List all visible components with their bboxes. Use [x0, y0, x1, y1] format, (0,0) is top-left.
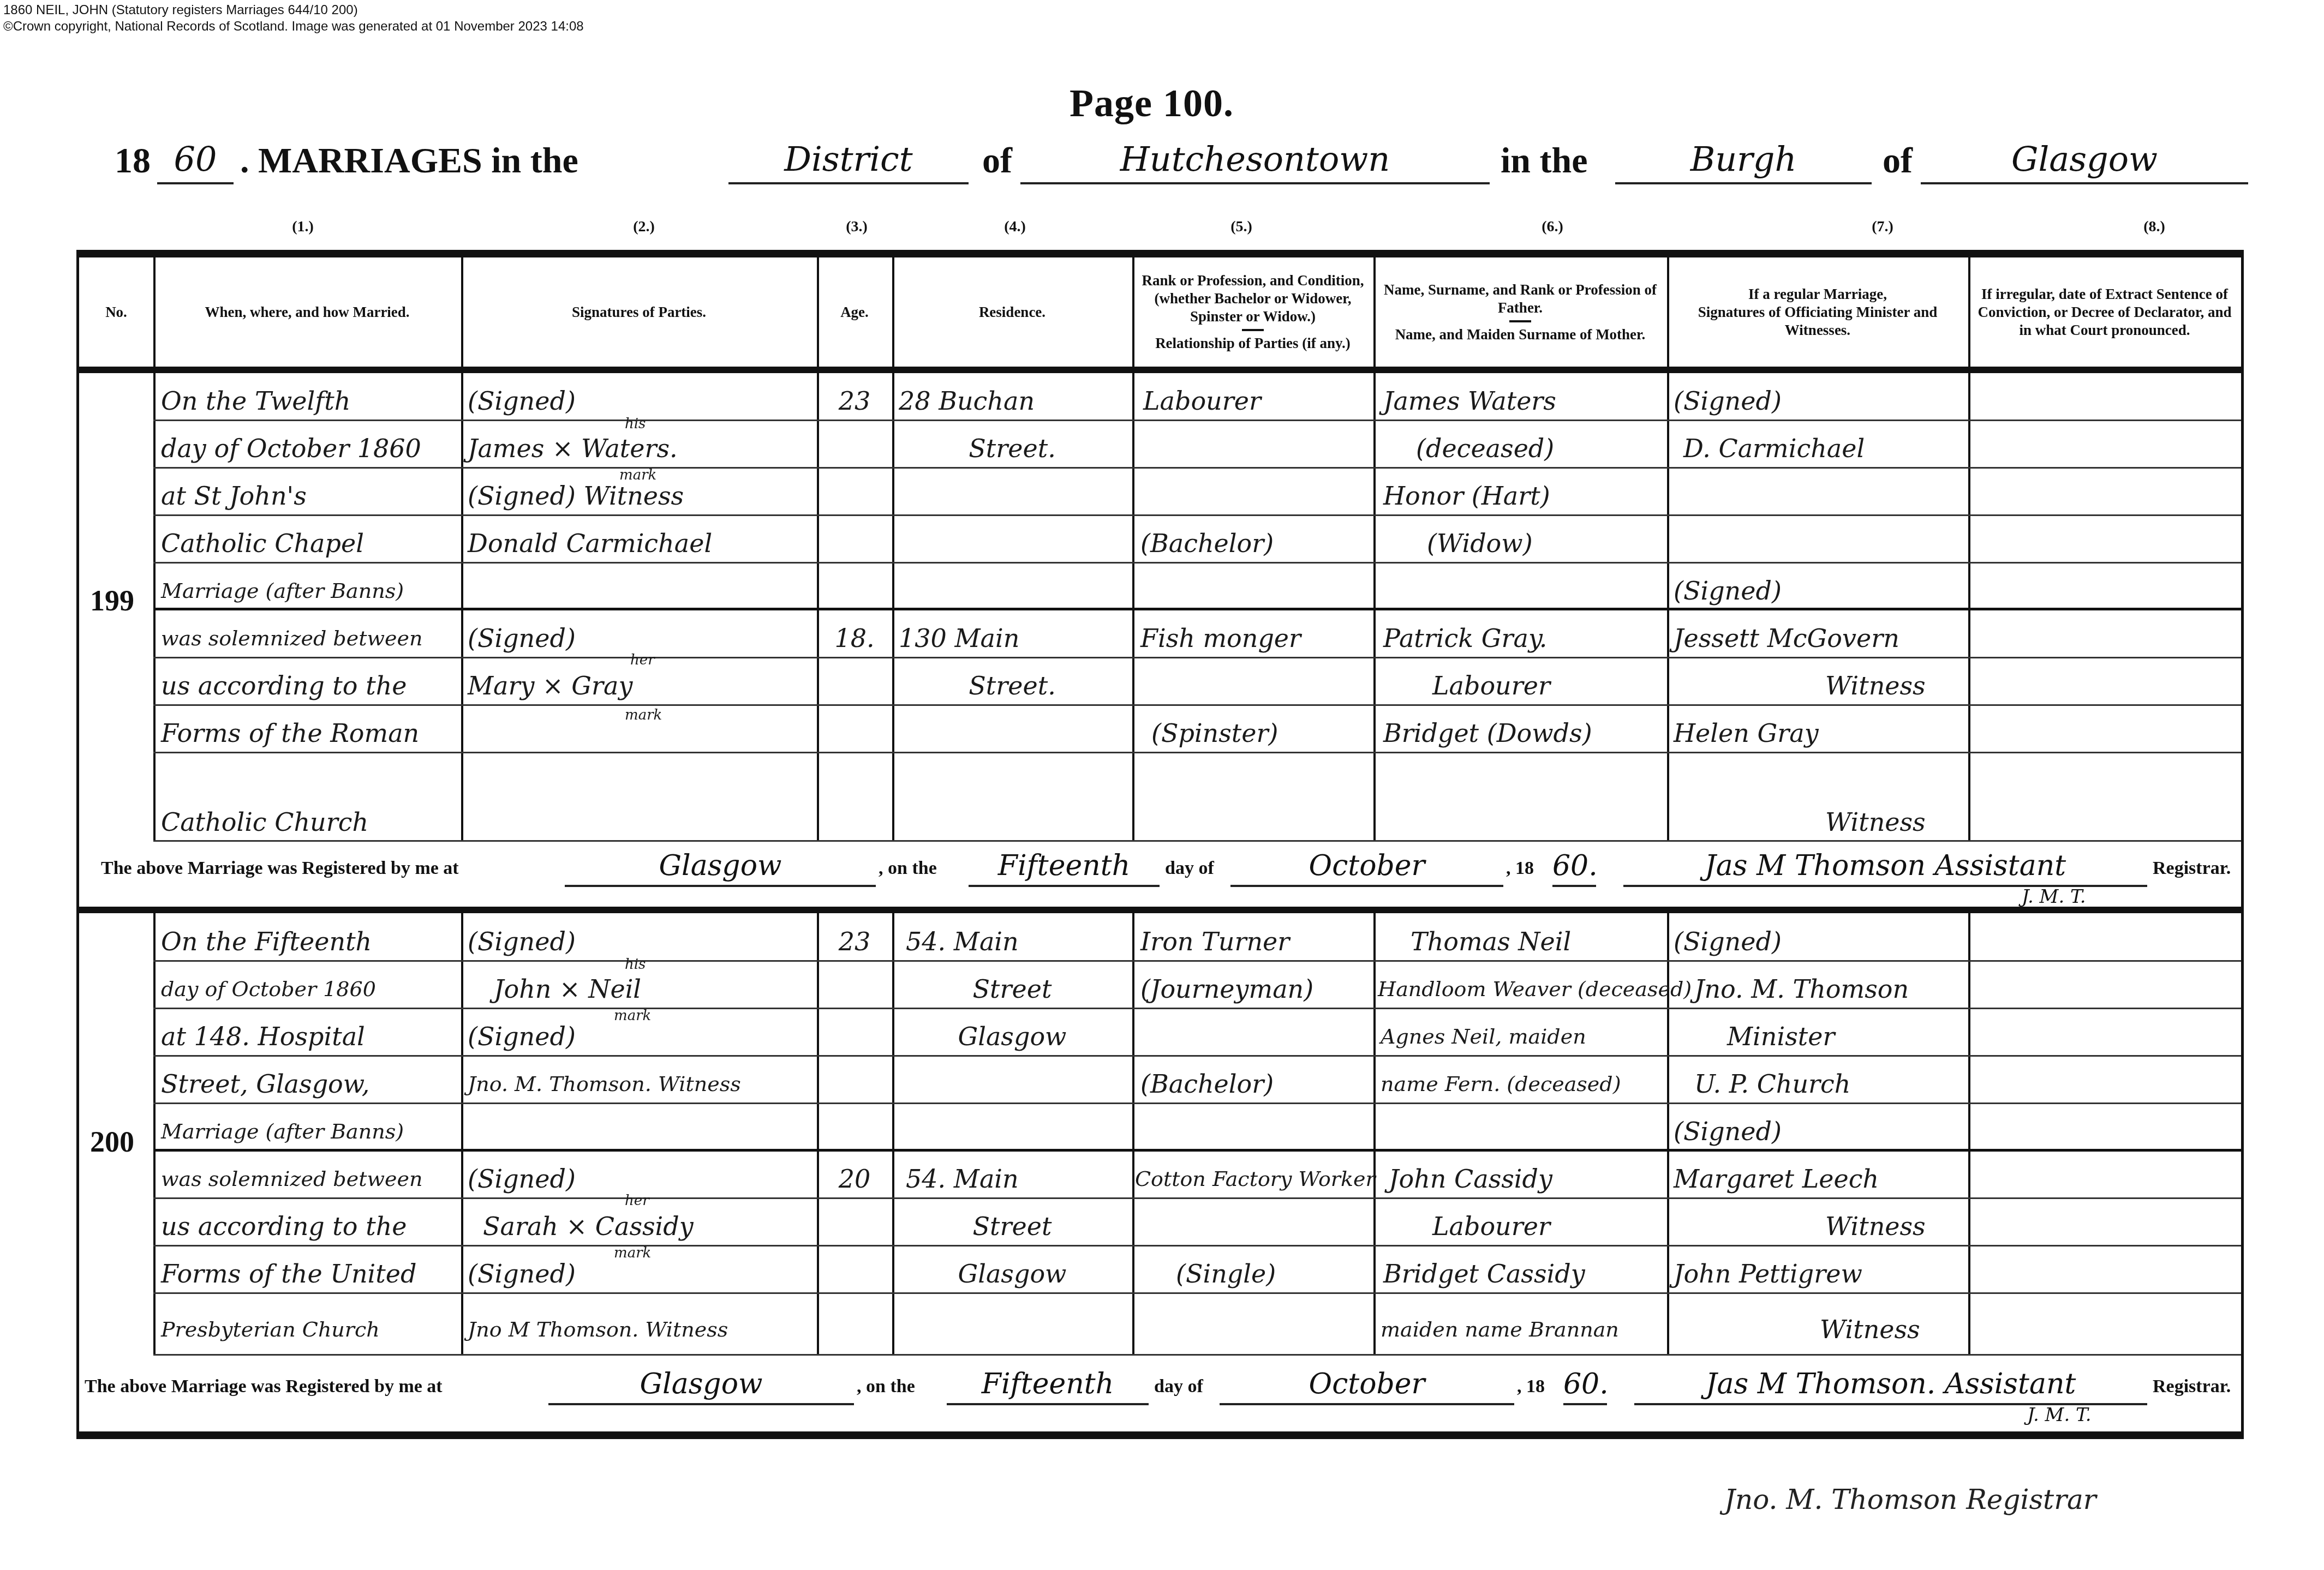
day-of-label: day of: [1154, 1365, 1203, 1409]
entry-number: 200: [90, 1125, 134, 1159]
header-rank-condition-top: Rank or Profession, and Condition, (whet…: [1137, 272, 1369, 326]
bride-rank: Fish monger: [1140, 619, 1301, 657]
header-age: Age.: [817, 257, 892, 367]
column-number-8: (8.): [2143, 218, 2165, 236]
row-rule: [153, 467, 2241, 469]
bride-signature: Sarah × Cassidy: [483, 1207, 694, 1245]
in-the-label: in the: [1501, 136, 1588, 185]
officiating-line: John Pettigrew: [1674, 1255, 1862, 1293]
bride-residence: Glasgow: [892, 1255, 1132, 1293]
when-where-line: was solemnized between: [161, 1160, 422, 1198]
signed-label: (Signed): [468, 922, 576, 961]
header-officiating: If a regular Marriage, Signatures of Off…: [1667, 257, 1968, 367]
when-where-line: Street, Glasgow,: [161, 1065, 369, 1103]
copyright-notice: ©Crown copyright, National Records of Sc…: [3, 19, 584, 35]
registration-intro: The above Marriage was Registered by me …: [101, 847, 459, 890]
groom-father: Thomas Neil: [1411, 922, 1571, 961]
header-signatures: Signatures of Parties.: [461, 257, 817, 367]
row-rule: [153, 1245, 2241, 1247]
when-where-line: Forms of the United: [161, 1255, 417, 1293]
registration-place: Glasgow: [548, 1365, 854, 1405]
year-prefix: 18: [115, 136, 151, 185]
column-divider: [1968, 913, 1970, 1355]
entry-number: 199: [90, 584, 134, 618]
bride-mother: Bridget (Dowds): [1383, 714, 1592, 752]
row-rule: [153, 704, 2241, 706]
column-number-2: (2.): [633, 218, 655, 236]
header-divider-dash: [1509, 320, 1531, 322]
registrar-footer-signature: Jno. M. Thomson Registrar: [1724, 1484, 2096, 1515]
year-prefix: , 18: [1506, 847, 1534, 890]
bride-mother: Bridget Cassidy: [1383, 1255, 1585, 1293]
day-of-label: day of: [1165, 847, 1214, 890]
groom-mother: Honor (Hart): [1383, 477, 1550, 515]
on-the-label: , on the: [857, 1365, 915, 1409]
witness-signed-label: (Signed): [468, 1255, 576, 1293]
registration-line: The above Marriage was Registered by me …: [79, 847, 2241, 912]
groom-residence: 54. Main: [906, 922, 1019, 961]
record-caption: 1860 NEIL, JOHN (Statutory registers Mar…: [3, 2, 358, 19]
registration-day: Fifteenth: [947, 1365, 1149, 1405]
bride-father: Labourer: [1432, 667, 1550, 705]
burgh-name: Glasgow: [1921, 136, 2248, 184]
bride-father: Labourer: [1432, 1207, 1550, 1245]
column-number-1: (1.): [292, 218, 314, 236]
registration-intro: The above Marriage was Registered by me …: [85, 1365, 443, 1409]
registrar-label: Registrar.: [2153, 847, 2231, 890]
groom-father: James Waters: [1383, 382, 1556, 420]
when-where-line: Forms of the Roman: [161, 714, 419, 752]
groom-rank: Labourer: [1143, 382, 1261, 420]
when-where-line: us according to the: [161, 1207, 407, 1245]
witness-name: Donald Carmichael: [468, 524, 712, 562]
signed-label: (Signed): [468, 382, 576, 420]
bride-mother: maiden name Brannan: [1381, 1310, 1619, 1349]
registrar-initials: J. M. T.: [2027, 1404, 2092, 1426]
when-where-line: Presbyterian Church: [161, 1310, 380, 1349]
of-label-2: of: [1883, 136, 1913, 185]
when-where-line: Marriage (after Banns): [161, 572, 404, 610]
officiating-line: (Signed): [1674, 572, 1782, 610]
groom-mother: name Fern. (deceased): [1381, 1065, 1621, 1103]
bride-signature: Mary × Gray: [468, 667, 632, 705]
signed-label: (Signed): [468, 619, 576, 657]
mark-label: mark: [625, 708, 662, 722]
column-divider: [1132, 913, 1134, 1355]
header-relationship: Relationship of Parties (if any.): [1155, 334, 1351, 352]
groom-residence: Street.: [892, 429, 1132, 468]
bride-father: Patrick Gray.: [1383, 619, 1547, 657]
bride-residence: 130 Main: [899, 619, 1019, 657]
officiating-line: (Signed): [1674, 382, 1782, 420]
column-number-5: (5.): [1230, 218, 1252, 236]
groom-father: (deceased): [1416, 429, 1554, 468]
groom-condition-detail: (Journeyman): [1140, 970, 1313, 1008]
bride-residence: Street: [892, 1207, 1132, 1245]
header-officiating-line1: If a regular Marriage,: [1748, 285, 1887, 303]
witness-name: Jno. M. Thomson. Witness: [468, 1065, 741, 1103]
groom-signature: James × Waters.: [468, 429, 678, 468]
party-divider: [153, 608, 2241, 610]
officiating-line: U. P. Church: [1694, 1065, 1851, 1103]
when-where-line: day of October 1860: [161, 970, 376, 1008]
column-divider: [153, 913, 156, 1355]
header-father: Name, Surname, and Rank or Profession of…: [1378, 281, 1663, 317]
district-type: District: [728, 136, 969, 184]
officiating-line: (Signed): [1674, 922, 1782, 961]
groom-signature: John × Neil: [494, 970, 641, 1008]
register-title: 18 60 . MARRIAGES in the District of Hut…: [115, 136, 2243, 185]
groom-residence: 28 Buchan: [899, 382, 1035, 420]
groom-rank: Iron Turner: [1140, 922, 1289, 961]
header-parents: Name, Surname, and Rank or Profession of…: [1373, 257, 1667, 367]
bride-age: 20: [817, 1160, 892, 1198]
column-number-6: (6.): [1542, 218, 1563, 236]
registrar-signature: Jas M Thomson. Assistant: [1634, 1365, 2147, 1405]
officiating-line: Witness: [1820, 1310, 1920, 1349]
bride-condition: (Spinster): [1151, 714, 1279, 752]
officiating-line: Witness: [1825, 1207, 1926, 1245]
registrar-signature: Jas M Thomson Assistant: [1623, 847, 2147, 887]
header-irregular: If irregular, date of Extract Sentence o…: [1968, 257, 2241, 367]
groom-age: 23: [817, 382, 892, 420]
column-number-3: (3.): [846, 218, 868, 236]
row-rule: [153, 514, 2241, 516]
officiating-line: Jessett McGovern: [1674, 619, 1899, 657]
header-mother: Name, and Maiden Surname of Mother.: [1395, 326, 1646, 344]
groom-condition: (Bachelor): [1140, 1065, 1274, 1103]
column-number-7: (7.): [1872, 218, 1893, 236]
year-suffix: 60: [157, 136, 234, 184]
mark-label: mark: [614, 1246, 651, 1260]
her-label: her: [630, 653, 655, 667]
header-no: No.: [79, 257, 153, 367]
district-name: Hutchesontown: [1020, 136, 1490, 184]
row-rule: [153, 1055, 2241, 1057]
bride-rank: Cotton Factory Worker: [1135, 1160, 1376, 1198]
on-the-label: , on the: [879, 847, 937, 890]
entry-separator: [79, 907, 2241, 913]
year-prefix: , 18: [1517, 1365, 1545, 1409]
marriage-register-table: No. When, where, and how Married. Signat…: [76, 250, 2244, 1439]
year-suffix: 60.: [1563, 1365, 1607, 1405]
header-rank-condition: Rank or Profession, and Condition, (whet…: [1132, 257, 1373, 367]
when-where-line: at 148. Hospital: [161, 1017, 365, 1056]
officiating-line: Witness: [1825, 667, 1926, 705]
year-suffix: 60.: [1552, 847, 1596, 887]
page-number: Page 100.: [1070, 81, 1234, 126]
mark-label: mark: [614, 1009, 651, 1023]
registration-month: October: [1220, 1365, 1514, 1405]
officiating-line: D. Carmichael: [1683, 429, 1865, 468]
groom-father: Handloom Weaver (deceased): [1378, 970, 1692, 1008]
officiating-line: (Signed): [1674, 1112, 1782, 1150]
witness-signed-label: (Signed): [468, 1017, 576, 1056]
groom-residence: Glasgow: [892, 1017, 1132, 1056]
bride-residence: 54. Main: [906, 1160, 1019, 1198]
registrar-initials: J. M. T.: [2022, 886, 2086, 908]
burgh-type: Burgh: [1615, 136, 1872, 184]
groom-age: 23: [817, 922, 892, 961]
when-where-line: us according to the: [161, 667, 407, 705]
when-where-line: at St John's: [161, 477, 307, 515]
column-numbers: (1.) (2.) (3.) (4.) (5.) (6.) (7.) (8.): [0, 218, 2324, 240]
officiating-line: Margaret Leech: [1674, 1160, 1879, 1198]
registration-month: October: [1230, 847, 1503, 887]
registration-line: The above Marriage was Registered by me …: [79, 1365, 2241, 1430]
of-label-1: of: [982, 136, 1012, 185]
when-where-line: Catholic Church: [161, 803, 368, 841]
groom-mother: (Widow): [1427, 524, 1533, 562]
header-when-where-how: When, where, and how Married.: [153, 257, 461, 367]
officiating-line: Helen Gray: [1674, 714, 1819, 752]
registration-day: Fifteenth: [969, 847, 1160, 887]
header-residence: Residence.: [892, 257, 1132, 367]
header-officiating-line2: Signatures of Officiating Minister and W…: [1671, 303, 1964, 339]
registrar-label: Registrar.: [2153, 1365, 2231, 1409]
officiating-line: Minister: [1727, 1017, 1835, 1056]
when-where-line: day of October 1860: [161, 429, 421, 468]
witness-signed-label: (Signed) Witness: [468, 477, 684, 515]
when-where-line: On the Fifteenth: [161, 922, 372, 961]
signed-label: (Signed): [468, 1160, 576, 1198]
when-where-line: Catholic Chapel: [161, 524, 364, 562]
column-number-4: (4.): [1004, 218, 1026, 236]
party-divider: [153, 1149, 2241, 1152]
bride-residence: Street.: [892, 667, 1132, 705]
row-rule: [153, 1354, 2241, 1356]
bride-age: 18.: [817, 619, 892, 657]
column-divider: [461, 913, 463, 1355]
her-label: her: [625, 1194, 649, 1208]
header-rule: [79, 367, 2241, 373]
column-divider: [817, 913, 819, 1355]
marriages-label: . MARRIAGES in the: [240, 136, 578, 185]
officiating-line: Witness: [1825, 803, 1926, 841]
when-where-line: Marriage (after Banns): [161, 1112, 404, 1150]
header-divider-dash: [1242, 329, 1264, 331]
bride-condition: (Single): [1176, 1255, 1276, 1293]
bride-father: John Cassidy: [1389, 1160, 1552, 1198]
registration-place: Glasgow: [565, 847, 876, 887]
column-divider: [1373, 913, 1376, 1355]
groom-residence: Street: [892, 970, 1132, 1008]
row-rule: [153, 840, 2241, 842]
groom-mother: Agnes Neil, maiden: [1381, 1017, 1586, 1056]
when-where-line: On the Twelfth: [161, 382, 350, 420]
when-where-line: was solemnized between: [161, 619, 422, 657]
witness-name: Jno M Thomson. Witness: [468, 1310, 728, 1349]
groom-condition: (Bachelor): [1140, 524, 1274, 562]
officiating-line: Jno. M. Thomson: [1694, 970, 1909, 1008]
